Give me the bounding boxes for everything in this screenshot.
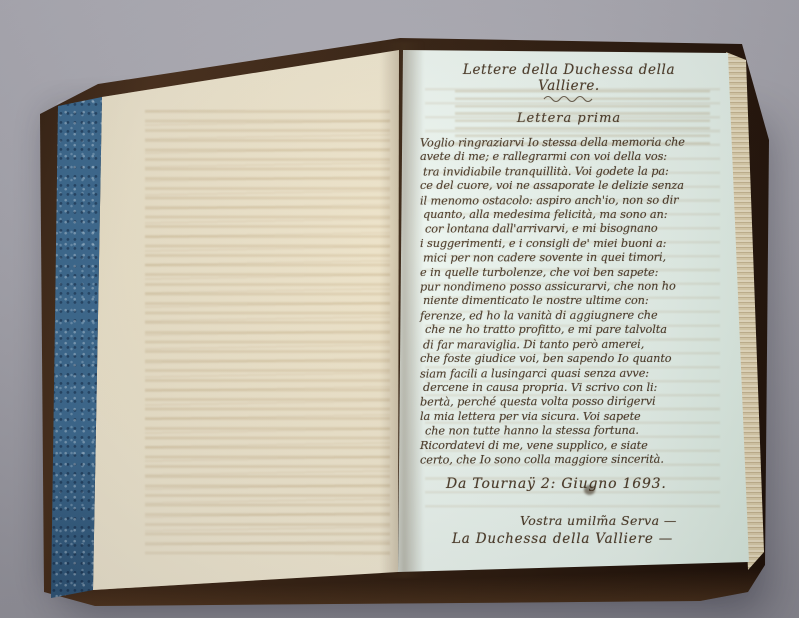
- letter-line: certo, che Io sono colla maggiore sincer…: [420, 452, 718, 467]
- letter-line: bertà, perché questa volta posso diriger…: [420, 395, 718, 410]
- letter-line: tra invidiabile tranquillità. Voi godete…: [420, 164, 718, 179]
- letter-line: che non tutte hanno la stessa fortuna.: [420, 424, 718, 439]
- letter-body: Voglio ringraziarvi Io stessa della memo…: [420, 136, 718, 467]
- letter-line: cor lontana dall'arrivarvi, e mi bisogna…: [420, 222, 718, 237]
- letter-line: che ne ho tratto profitto, e mi pare tal…: [420, 323, 718, 337]
- letter-line: che foste giudice voi, ben sapendo Io qu…: [420, 352, 718, 366]
- letter-line: il menomo ostacolo: aspiro anch'io, non …: [420, 193, 718, 208]
- letter-line: di far maraviglia. Di tanto però amerei,: [420, 337, 718, 352]
- photo-backdrop: Lettere della Duchessa della Valliere. L…: [0, 0, 799, 618]
- letter-line: avete di me; e rallegrarmi con voi della…: [420, 150, 718, 164]
- flourish-squiggle: [543, 94, 595, 102]
- letter-line: Voglio ringraziarvi Io stessa della memo…: [420, 135, 718, 150]
- letter-line: niente dimenticato le nostre ultime con:: [420, 294, 718, 308]
- book-gutter-shadow: [380, 42, 424, 578]
- handwritten-letter: Lettere della Duchessa della Valliere. L…: [420, 62, 718, 547]
- letter-dateline: Da Tournaÿ 2: Giugno 1693.: [446, 476, 718, 492]
- letter-line: ferenze, ed ho la vanità di aggiugnere c…: [420, 308, 718, 323]
- letter-signature: La Duchessa della Valliere —: [452, 531, 718, 547]
- letter-line: la mia lettera per via sicura. Voi sapet…: [420, 410, 718, 424]
- letter-line: dercene in causa propria. Vi scrivo con …: [420, 381, 718, 395]
- letter-line: siam facili a lusingarci quasi senza avv…: [420, 366, 718, 381]
- letter-title-line2: Valliere.: [420, 79, 718, 94]
- letter-line: quanto, alla medesima felicità, ma sono …: [420, 208, 718, 222]
- letter-line: i suggerimenti, e i consigli de' miei bu…: [420, 237, 718, 251]
- letter-closing: Vostra umilm̃a Serva —: [520, 513, 718, 528]
- letter-title-line1: Lettere della Duchessa della: [420, 62, 718, 79]
- letter-line: pur nondimeno posso assicurarvi, che non…: [420, 280, 718, 295]
- letter-heading: Lettera prima: [420, 111, 718, 127]
- letter-line: ce del cuore, voi ne assaporate le deliz…: [420, 179, 718, 193]
- letter-line: Ricordatevi di me, vene supplico, e siat…: [420, 439, 718, 453]
- letter-line: e in quelle turbolenze, che voi ben sape…: [420, 266, 718, 280]
- ink-blot: [584, 485, 595, 495]
- letter-line: mici per non cadere sovente in quei timo…: [420, 251, 718, 266]
